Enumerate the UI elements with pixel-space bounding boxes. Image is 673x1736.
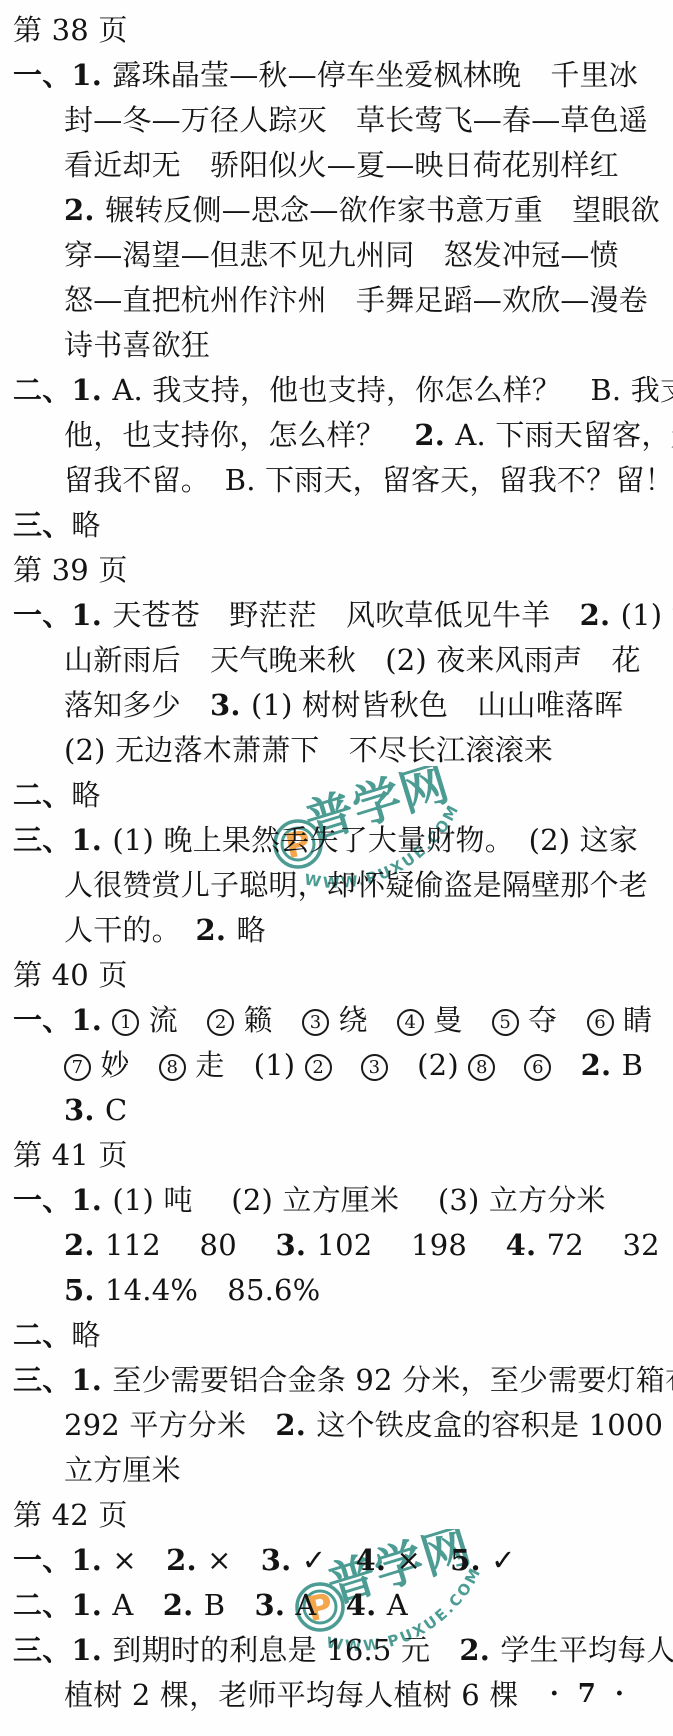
answer-text: 落知多少 bbox=[64, 688, 210, 722]
answer-text: 籁 bbox=[234, 1003, 302, 1037]
answer-line: 二、略 bbox=[0, 1313, 673, 1358]
answer-text: 102 198 bbox=[316, 1228, 505, 1262]
answer-text: 露珠晶莹—秋—停车坐爱枫林晚 千里冰 bbox=[112, 58, 638, 92]
answer-text: 略 bbox=[71, 778, 100, 812]
answer-text: 他，也支持你，怎么样？ bbox=[64, 418, 414, 452]
item-number: 4. bbox=[355, 1543, 396, 1577]
circled-number: 1 bbox=[112, 1009, 139, 1036]
answer-text: 立方厘米 bbox=[64, 1453, 181, 1487]
item-number: 3. bbox=[64, 1093, 105, 1127]
answer-line: 穿—渴望—但悲不见九州同 怒发冲冠—愤 bbox=[0, 233, 673, 278]
answer-line: 立方厘米 bbox=[0, 1448, 673, 1493]
item-number: 2. bbox=[64, 1228, 105, 1262]
item-number: 1. bbox=[71, 1543, 112, 1577]
item-number: 1. bbox=[71, 598, 112, 632]
answer-text: A bbox=[295, 1588, 345, 1622]
item-number: 三、 bbox=[13, 508, 71, 542]
answer-text: 第 40 页 bbox=[13, 958, 128, 992]
circled-number: 6 bbox=[524, 1054, 551, 1081]
answer-text: 这个铁皮盒的容积是 1000 bbox=[316, 1408, 663, 1442]
answer-text: (1) 晚上果然丢失了大量财物。 (2) 这家 bbox=[112, 823, 638, 857]
answer-line: 怒—直把杭州作汴州 手舞足蹈—欢欣—漫卷 bbox=[0, 278, 673, 323]
item-number: 4. bbox=[506, 1228, 547, 1262]
answer-text: B bbox=[622, 1048, 644, 1082]
answer-text: × bbox=[112, 1543, 166, 1577]
answer-line: 第 39 页 bbox=[0, 548, 673, 593]
answer-text: 72 32 bbox=[547, 1228, 660, 1262]
answer-line: 留我不留。 B. 下雨天，留客天，留我不？留！ bbox=[0, 458, 673, 503]
answer-text: 睛 bbox=[614, 1003, 653, 1037]
item-number: 1. bbox=[71, 1003, 112, 1037]
item-number: 3. bbox=[210, 688, 251, 722]
item-number: 1. bbox=[71, 1363, 112, 1397]
item-number: 2. bbox=[196, 913, 237, 947]
item-number: 2. bbox=[163, 1588, 204, 1622]
answer-line: 二、1. A. 我支持，他也支持，你怎么样？ B. 我支持 bbox=[0, 368, 673, 413]
answer-text: 辗转反侧—思念—欲作家书意万重 望眼欲 bbox=[105, 193, 660, 227]
item-number: 二、 bbox=[13, 1318, 71, 1352]
item-number: 2. bbox=[166, 1543, 207, 1577]
answer-line: 三、1. (1) 晚上果然丢失了大量财物。 (2) 这家 bbox=[0, 818, 673, 863]
answer-text: A bbox=[112, 1588, 162, 1622]
answer-text: 看近却无 骄阳似火—夏—映日荷花别样红 bbox=[64, 148, 619, 182]
item-number: 3. bbox=[275, 1228, 316, 1262]
item-number: 1. bbox=[71, 1588, 112, 1622]
answer-text: 绕 bbox=[329, 1003, 397, 1037]
answer-line: 他，也支持你，怎么样？ 2. A. 下雨天留客，天 bbox=[0, 413, 673, 458]
answer-text: × bbox=[207, 1543, 261, 1577]
answer-text: 第 42 页 bbox=[13, 1498, 128, 1532]
answer-line: 第 42 页 bbox=[0, 1493, 673, 1538]
answer-line: 一、1. (1) 吨 (2) 立方厘米 (3) 立方分米 bbox=[0, 1178, 673, 1223]
answer-line: 第 38 页 bbox=[0, 8, 673, 53]
page-number-footer: · 7 · bbox=[550, 1672, 629, 1717]
answer-text: 封—冬—万径人踪灭 草长莺飞—春—草色遥 bbox=[64, 103, 648, 137]
answer-text: (1) 树树皆秋色 山山唯落晖 bbox=[251, 688, 623, 722]
answer-text bbox=[495, 1048, 524, 1082]
answer-text: 走 (1) bbox=[186, 1048, 305, 1082]
answer-line: 山新雨后 天气晚来秋 (2) 夜来风雨声 花 bbox=[0, 638, 673, 683]
answer-text: (2) bbox=[388, 1048, 468, 1082]
item-number: 3. bbox=[254, 1588, 295, 1622]
answer-text: (1) 吨 (2) 立方厘米 (3) 立方分米 bbox=[112, 1183, 605, 1217]
answer-line: 三、略 bbox=[0, 503, 673, 548]
answer-text: 学生平均每人 bbox=[500, 1633, 673, 1667]
answer-text: A. 我支持，他也支持，你怎么样？ B. 我支持 bbox=[112, 373, 673, 407]
answer-text: 流 bbox=[139, 1003, 207, 1037]
item-number: 二、 bbox=[13, 373, 71, 407]
answer-text: 夺 bbox=[519, 1003, 587, 1037]
answer-text: 第 38 页 bbox=[13, 13, 128, 47]
answer-text: ✓ bbox=[302, 1543, 356, 1577]
item-number: 1. bbox=[71, 1183, 112, 1217]
answer-line: 人干的。 2. 略 bbox=[0, 908, 673, 953]
item-number: 2. bbox=[64, 193, 105, 227]
item-number: 二、 bbox=[13, 1588, 71, 1622]
answer-text: A bbox=[387, 1588, 408, 1622]
item-number: 一、 bbox=[13, 1543, 71, 1577]
answer-line: 第 40 页 bbox=[0, 953, 673, 998]
answer-text: 14.4% 85.6% bbox=[105, 1273, 320, 1307]
answer-text: 略 bbox=[71, 1318, 100, 1352]
item-number: 三、 bbox=[13, 823, 71, 857]
circled-number: 8 bbox=[159, 1054, 186, 1081]
item-number: 2. bbox=[459, 1633, 500, 1667]
answer-line: 第 41 页 bbox=[0, 1133, 673, 1178]
answer-text: 人干的。 bbox=[64, 913, 196, 947]
circled-number: 3 bbox=[302, 1009, 329, 1036]
answer-line: 封—冬—万径人踪灭 草长莺飞—春—草色遥 bbox=[0, 98, 673, 143]
item-number: 1. bbox=[71, 823, 112, 857]
answer-text: 第 41 页 bbox=[13, 1138, 128, 1172]
answer-text: 怒—直把杭州作汴州 手舞足蹈—欢欣—漫卷 bbox=[64, 283, 648, 317]
item-number: 一、 bbox=[13, 58, 71, 92]
answer-text: 留我不留。 B. 下雨天，留客天，留我不？留！ bbox=[64, 463, 673, 497]
answer-text: 略 bbox=[237, 913, 266, 947]
answer-line: 落知多少 3. (1) 树树皆秋色 山山唯落晖 bbox=[0, 683, 673, 728]
answer-line: 二、1. A 2. B 3. A 4. A bbox=[0, 1583, 673, 1628]
answer-line: 一、1. 露珠晶莹—秋—停车坐爱枫林晚 千里冰 bbox=[0, 53, 673, 98]
item-number: 一、 bbox=[13, 1183, 71, 1217]
answer-line: 2. 辗转反侧—思念—欲作家书意万重 望眼欲 bbox=[0, 188, 673, 233]
answer-text: 穿—渴望—但悲不见九州同 怒发冲冠—愤 bbox=[64, 238, 619, 272]
item-number: 三、 bbox=[13, 1633, 71, 1667]
answer-line: 3. C bbox=[0, 1088, 673, 1133]
answer-text: 植树 2 棵，老师平均每人植树 6 棵 bbox=[64, 1678, 519, 1712]
answer-line: 三、1. 到期时的利息是 16.5 元 2. 学生平均每人 bbox=[0, 1628, 673, 1673]
circled-number: 2 bbox=[305, 1054, 332, 1081]
answer-line: 7 妙 8 走 (1) 2 3 (2) 8 6 2. B bbox=[0, 1043, 673, 1088]
answer-text: 天苍苍 野茫茫 风吹草低见牛羊 bbox=[112, 598, 579, 632]
answer-text bbox=[332, 1048, 361, 1082]
answer-text: 略 bbox=[71, 508, 100, 542]
circled-number: 8 bbox=[468, 1054, 495, 1081]
answer-text: × bbox=[396, 1543, 450, 1577]
answer-text: 曼 bbox=[424, 1003, 492, 1037]
answer-line: (2) 无边落木萧萧下 不尽长江滚滚来 bbox=[0, 728, 673, 773]
answer-text: (2) 无边落木萧萧下 不尽长江滚滚来 bbox=[64, 733, 553, 767]
scanned-answer-page: { "document": { "footer_page_number": "·… bbox=[0, 0, 673, 1736]
answer-line: 诗书喜欲狂 bbox=[0, 323, 673, 368]
item-number: 1. bbox=[71, 373, 112, 407]
answer-line: 292 平方分米 2. 这个铁皮盒的容积是 1000 bbox=[0, 1403, 673, 1448]
item-number: 2. bbox=[581, 1048, 622, 1082]
answer-lines: 第 38 页一、1. 露珠晶莹—秋—停车坐爱枫林晚 千里冰封—冬—万径人踪灭 草… bbox=[0, 0, 673, 1718]
answer-text: 112 80 bbox=[105, 1228, 276, 1262]
answer-text: C bbox=[105, 1093, 127, 1127]
answer-line: 二、略 bbox=[0, 773, 673, 818]
circled-number: 5 bbox=[492, 1009, 519, 1036]
item-number: 1. bbox=[71, 58, 112, 92]
item-number: 1. bbox=[71, 1633, 112, 1667]
answer-text: 人很赞赏儿子聪明，却怀疑偷盗是隔壁那个老 bbox=[64, 868, 648, 902]
answer-text: 诗书喜欲狂 bbox=[64, 328, 210, 362]
answer-line: 一、1. 1 流 2 籁 3 绕 4 曼 5 夺 6 睛 bbox=[0, 998, 673, 1043]
item-number: 2. bbox=[580, 598, 621, 632]
item-number: 4. bbox=[346, 1588, 387, 1622]
answer-line: 看近却无 骄阳似火—夏—映日荷花别样红 bbox=[0, 143, 673, 188]
item-number: 2. bbox=[275, 1408, 316, 1442]
item-number: 5. bbox=[450, 1543, 491, 1577]
answer-text: 292 平方分米 bbox=[64, 1408, 275, 1442]
answer-line: 一、1. × 2. × 3. ✓ 4. × 5. ✓ bbox=[0, 1538, 673, 1583]
circled-number: 2 bbox=[207, 1009, 234, 1036]
item-number: 一、 bbox=[13, 598, 71, 632]
answer-line: 5. 14.4% 85.6% bbox=[0, 1268, 673, 1313]
item-number: 5. bbox=[64, 1273, 105, 1307]
answer-text: 妙 bbox=[91, 1048, 159, 1082]
answer-text: 第 39 页 bbox=[13, 553, 128, 587]
item-number: 一、 bbox=[13, 1003, 71, 1037]
answer-line: 一、1. 天苍苍 野茫茫 风吹草低见牛羊 2. (1) 空 bbox=[0, 593, 673, 638]
circled-number: 7 bbox=[64, 1054, 91, 1081]
answer-line: 三、1. 至少需要铝合金条 92 分米，至少需要灯箱布 bbox=[0, 1358, 673, 1403]
answer-text: 至少需要铝合金条 92 分米，至少需要灯箱布 bbox=[112, 1363, 673, 1397]
answer-text: ✓ bbox=[491, 1543, 516, 1577]
answer-text: A. 下雨天留客，天 bbox=[455, 418, 673, 452]
circled-number: 6 bbox=[587, 1009, 614, 1036]
answer-text: (1) 空 bbox=[621, 598, 673, 632]
item-number: 二、 bbox=[13, 778, 71, 812]
answer-text: 到期时的利息是 16.5 元 bbox=[112, 1633, 459, 1667]
item-number: 2. bbox=[414, 418, 455, 452]
item-number: 三、 bbox=[13, 1363, 71, 1397]
answer-text: B bbox=[204, 1588, 255, 1622]
answer-line: 2. 112 80 3. 102 198 4. 72 32 bbox=[0, 1223, 673, 1268]
item-number: 3. bbox=[261, 1543, 302, 1577]
answer-text bbox=[551, 1048, 580, 1082]
answer-line: 人很赞赏儿子聪明，却怀疑偷盗是隔壁那个老 bbox=[0, 863, 673, 908]
circled-number: 4 bbox=[397, 1009, 424, 1036]
answer-text: 山新雨后 天气晚来秋 (2) 夜来风雨声 花 bbox=[64, 643, 641, 677]
circled-number: 3 bbox=[361, 1054, 388, 1081]
